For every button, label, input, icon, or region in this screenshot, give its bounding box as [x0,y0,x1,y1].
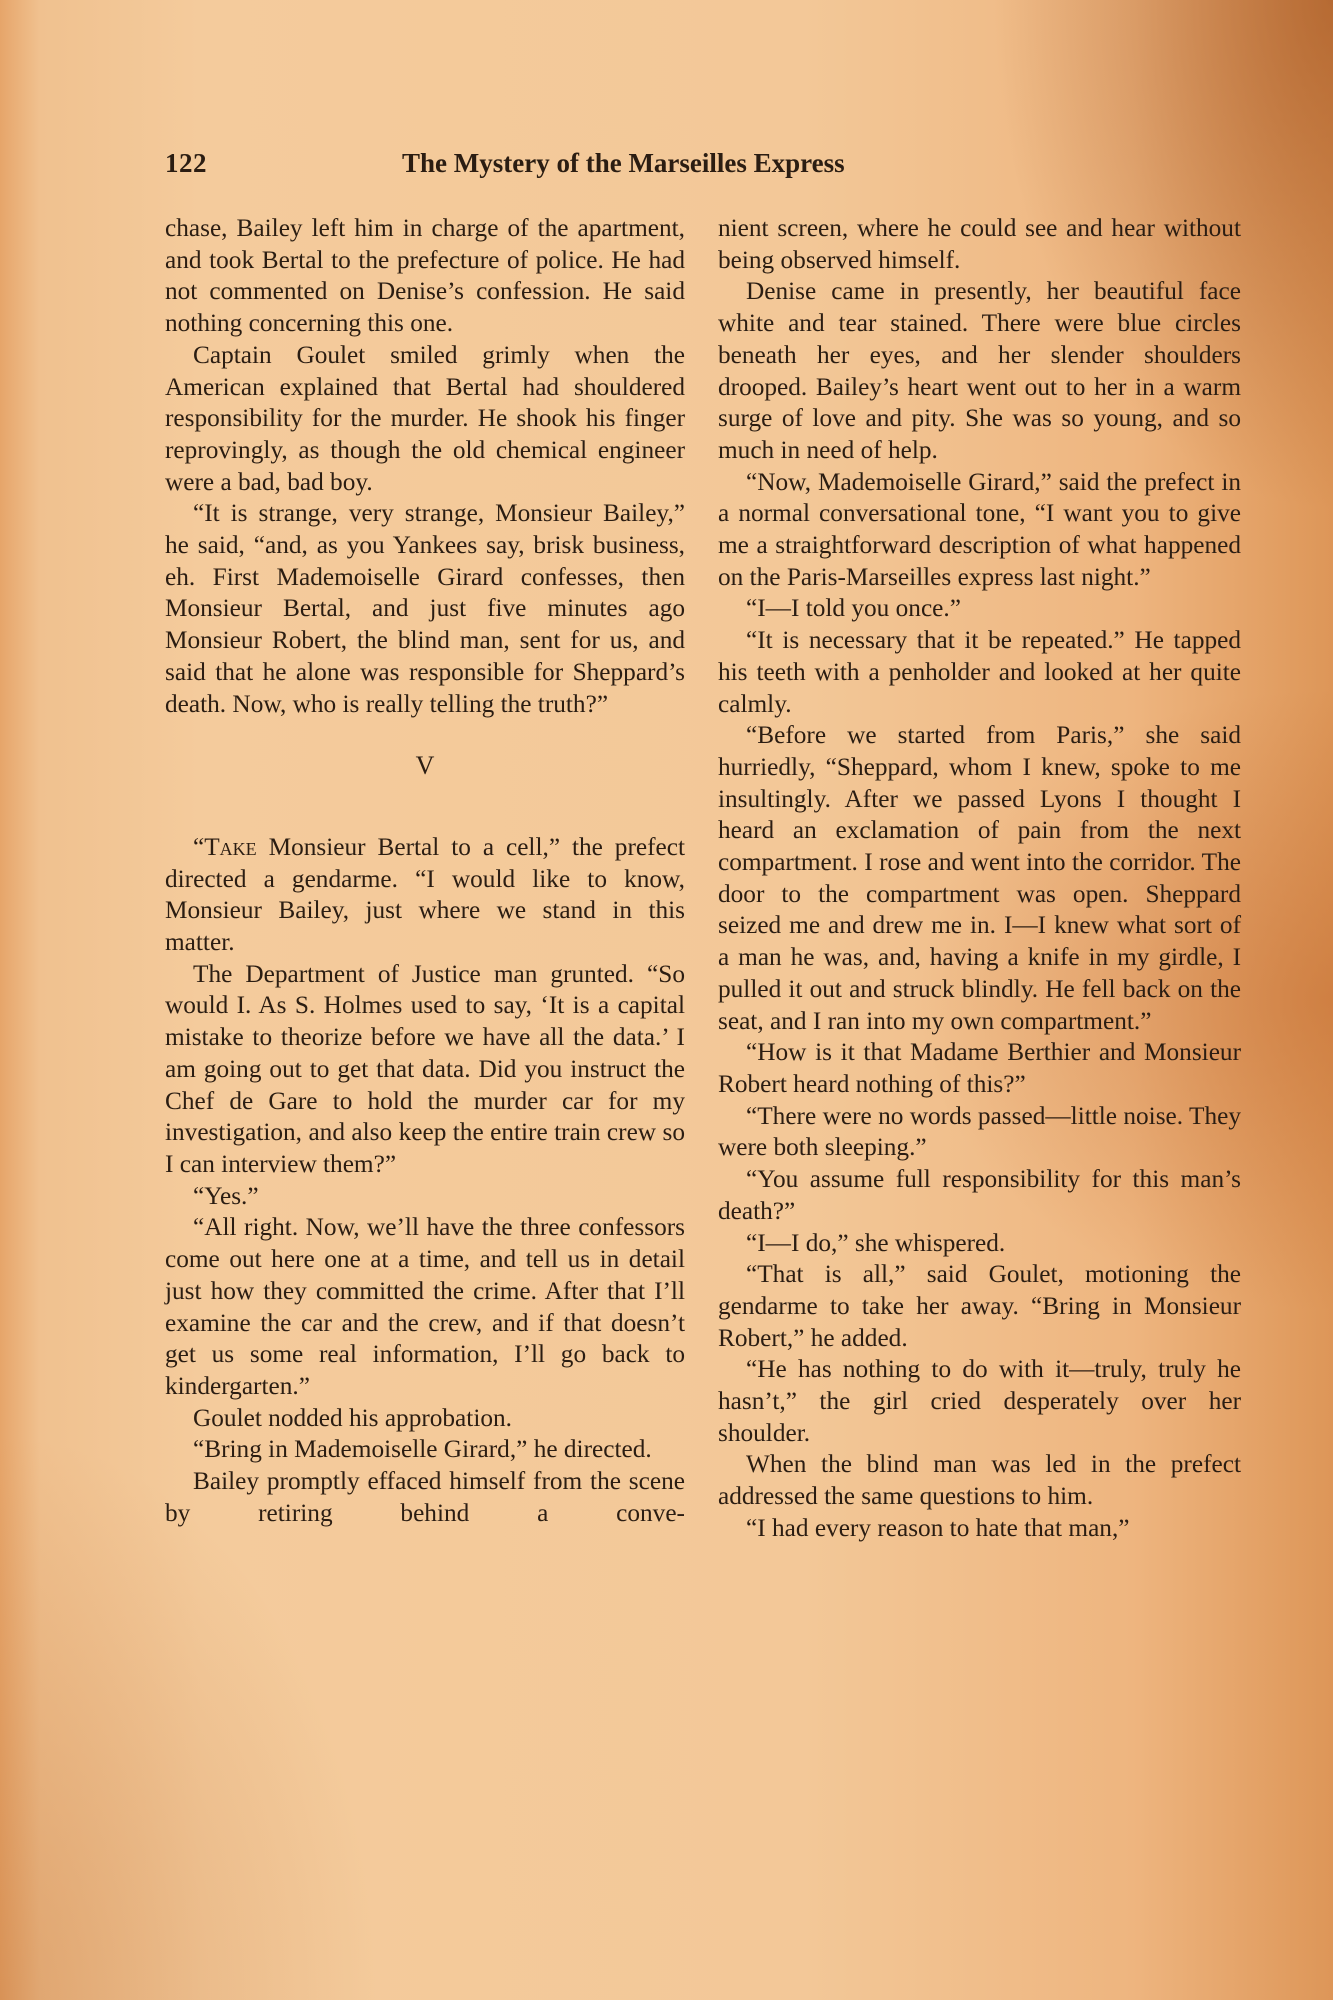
paragraph: Denise came in presently, her beautiful … [718,276,1241,466]
paragraph: “You assume full responsibility for this… [718,1164,1241,1227]
paragraph: “Bring in Mademoiselle Girard,” he direc… [165,1434,685,1466]
paragraph: “I—I told you once.” [718,593,1241,625]
paragraph: The Department of Justice man grunted. “… [165,959,685,1181]
running-title: The Mystery of the Marseilles Express [402,148,845,179]
paragraph: “How is it that Madame Berthier and Mons… [718,1037,1241,1100]
paragraph: nient screen, where he could see and hea… [718,213,1241,276]
left-column: chase, Bailey left him in charge of the … [165,213,685,1529]
smallcaps-opening-word: Take [204,833,256,861]
paragraph: “He has nothing to do with it—truly, tru… [718,1354,1241,1449]
right-column: nient screen, where he could see and hea… [718,213,1241,1545]
section-opening-paragraph: “Take Monsieur Bertal to a cell,” the pr… [165,832,685,959]
book-page: 122 The Mystery of the Marseilles Expres… [0,0,1333,2000]
paragraph: When the blind man was led in the prefec… [718,1449,1241,1512]
paragraph: chase, Bailey left him in charge of the … [165,213,685,340]
paragraph: “Now, Mademoiselle Girard,” said the pre… [718,467,1241,594]
section-heading: V [165,750,685,782]
paragraph: “I—I do,” she whispered. [718,1228,1241,1260]
page-header: 122 The Mystery of the Marseilles Expres… [165,148,1000,188]
paragraph: “That is all,” said Goulet, motioning th… [718,1259,1241,1354]
paragraph: “Yes.” [165,1181,685,1213]
paragraph: Goulet nodded his approbation. [165,1403,685,1435]
opening-quote: “ [193,833,204,861]
page-number: 122 [165,148,207,179]
paragraph: “It is strange, very strange, Monsieur B… [165,498,685,720]
paragraph: Bailey promptly effaced himself from the… [165,1466,685,1529]
paragraph: “All right. Now, we’ll have the three co… [165,1212,685,1402]
paragraph: “It is necessary that it be repeated.” H… [718,625,1241,720]
paragraph: Captain Goulet smiled grimly when the Am… [165,340,685,499]
paragraph: “There were no words passed—little noise… [718,1101,1241,1164]
paragraph: “I had every reason to hate that man,” [718,1513,1241,1545]
paragraph: “Before we started from Paris,” she said… [718,720,1241,1037]
